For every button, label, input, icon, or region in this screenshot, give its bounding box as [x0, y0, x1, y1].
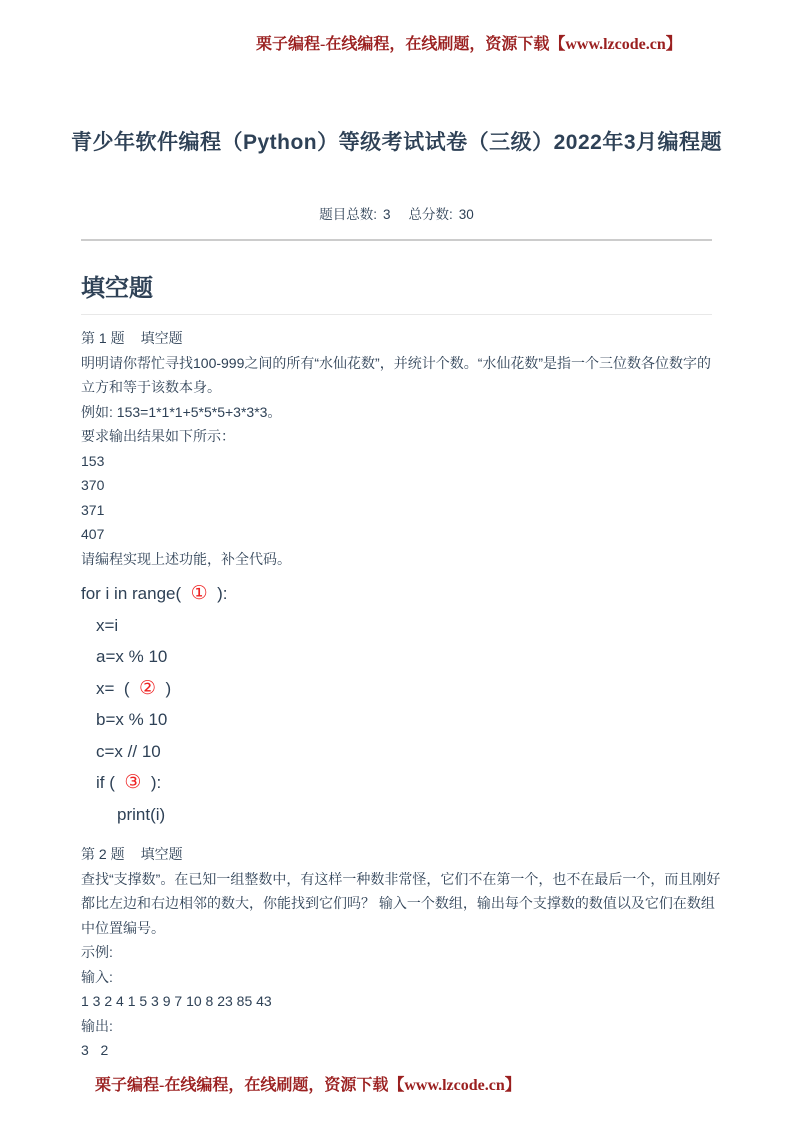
code-text: x= (	[96, 679, 139, 698]
code-text: ):	[141, 773, 161, 792]
code-line: if ( ③ ):	[81, 767, 721, 799]
code-line: x=i	[81, 610, 721, 642]
code-text: )	[156, 679, 171, 698]
code-line: x= ( ② )	[81, 673, 721, 705]
question-1: 第 1 题填空题 明明请你帮忙寻找100-999之间的所有“水仙花数”，并统计个…	[81, 326, 721, 830]
code-text: print(i)	[117, 805, 165, 824]
exam-stats: 题目总数:3总分数:30	[0, 203, 793, 223]
output-line: 370	[81, 473, 721, 498]
code-text: for i in range(	[81, 584, 191, 603]
top-divider	[81, 239, 712, 241]
document-footer-brand: 栗子编程-在线编程，在线刷题，资源下载【www.lzcode.cn】	[95, 1072, 521, 1095]
question-1-number: 第 1 题	[81, 330, 125, 346]
stats-total-value: 3	[383, 207, 391, 222]
code-text: a=x % 10	[96, 647, 167, 666]
document-page: 栗子编程-在线编程，在线刷题，资源下载【www.lzcode.cn】 青少年软件…	[0, 0, 793, 1122]
section-heading: 填空题	[81, 268, 153, 303]
code-line: for i in range( ① ):	[81, 578, 721, 610]
stats-total-label: 题目总数:	[319, 207, 377, 222]
question-2-output-label: 输出:	[81, 1014, 721, 1039]
question-1-require: 要求输出结果如下所示：	[81, 424, 721, 449]
question-2-meta: 第 2 题填空题	[81, 842, 721, 867]
code-line: b=x % 10	[81, 704, 721, 736]
question-1-example: 例如: 153=1*1*1+5*5*5+3*3*3。	[81, 400, 721, 425]
question-1-body: 明明请你帮忙寻找100-999之间的所有“水仙花数”，并统计个数。“水仙花数”是…	[81, 351, 721, 400]
section-divider	[81, 314, 712, 315]
stats-score-label: 总分数:	[408, 207, 452, 222]
blank-circle-1: ①	[191, 583, 208, 604]
question-2-body: 查找“支撑数”。在已知一组整数中，有这样一种数非常怪，它们不在第一个，也不在最后…	[81, 867, 721, 941]
code-text: b=x % 10	[96, 710, 167, 729]
question-2-number: 第 2 题	[81, 846, 125, 862]
question-1-type: 填空题	[141, 330, 183, 346]
code-line: c=x // 10	[81, 736, 721, 768]
output-line: 407	[81, 522, 721, 547]
question-2-input-label: 输入:	[81, 965, 721, 990]
output-line: 371	[81, 498, 721, 523]
code-text: if (	[96, 773, 124, 792]
code-block: for i in range( ① ): x=i a=x % 10 x= ( ②…	[81, 578, 721, 830]
question-2: 第 2 题填空题 查找“支撑数”。在已知一组整数中，有这样一种数非常怪，它们不在…	[81, 842, 721, 1063]
code-line: a=x % 10	[81, 641, 721, 673]
question-2-output-value: 3 2	[81, 1038, 721, 1063]
blank-circle-2: ②	[139, 678, 156, 699]
question-1-meta: 第 1 题填空题	[81, 326, 721, 351]
question-2-input-value: 1 3 2 4 1 5 3 9 7 10 8 23 85 43	[81, 989, 721, 1014]
question-2-type: 填空题	[141, 846, 183, 862]
blank-circle-3: ③	[124, 772, 141, 793]
code-text: ):	[208, 584, 228, 603]
question-2-sample-label: 示例:	[81, 940, 721, 965]
stats-score-value: 30	[459, 207, 474, 222]
page-title: 青少年软件编程（Python）等级考试试卷（三级）2022年3月编程题	[0, 126, 793, 156]
question-1-instruction: 请编程实现上述功能，补全代码。	[81, 547, 721, 572]
code-line: print(i)	[81, 799, 721, 831]
code-text: c=x // 10	[96, 742, 161, 761]
document-header-brand: 栗子编程-在线编程，在线刷题，资源下载【www.lzcode.cn】	[256, 31, 682, 54]
output-line: 153	[81, 449, 721, 474]
code-text: x=i	[96, 616, 118, 635]
